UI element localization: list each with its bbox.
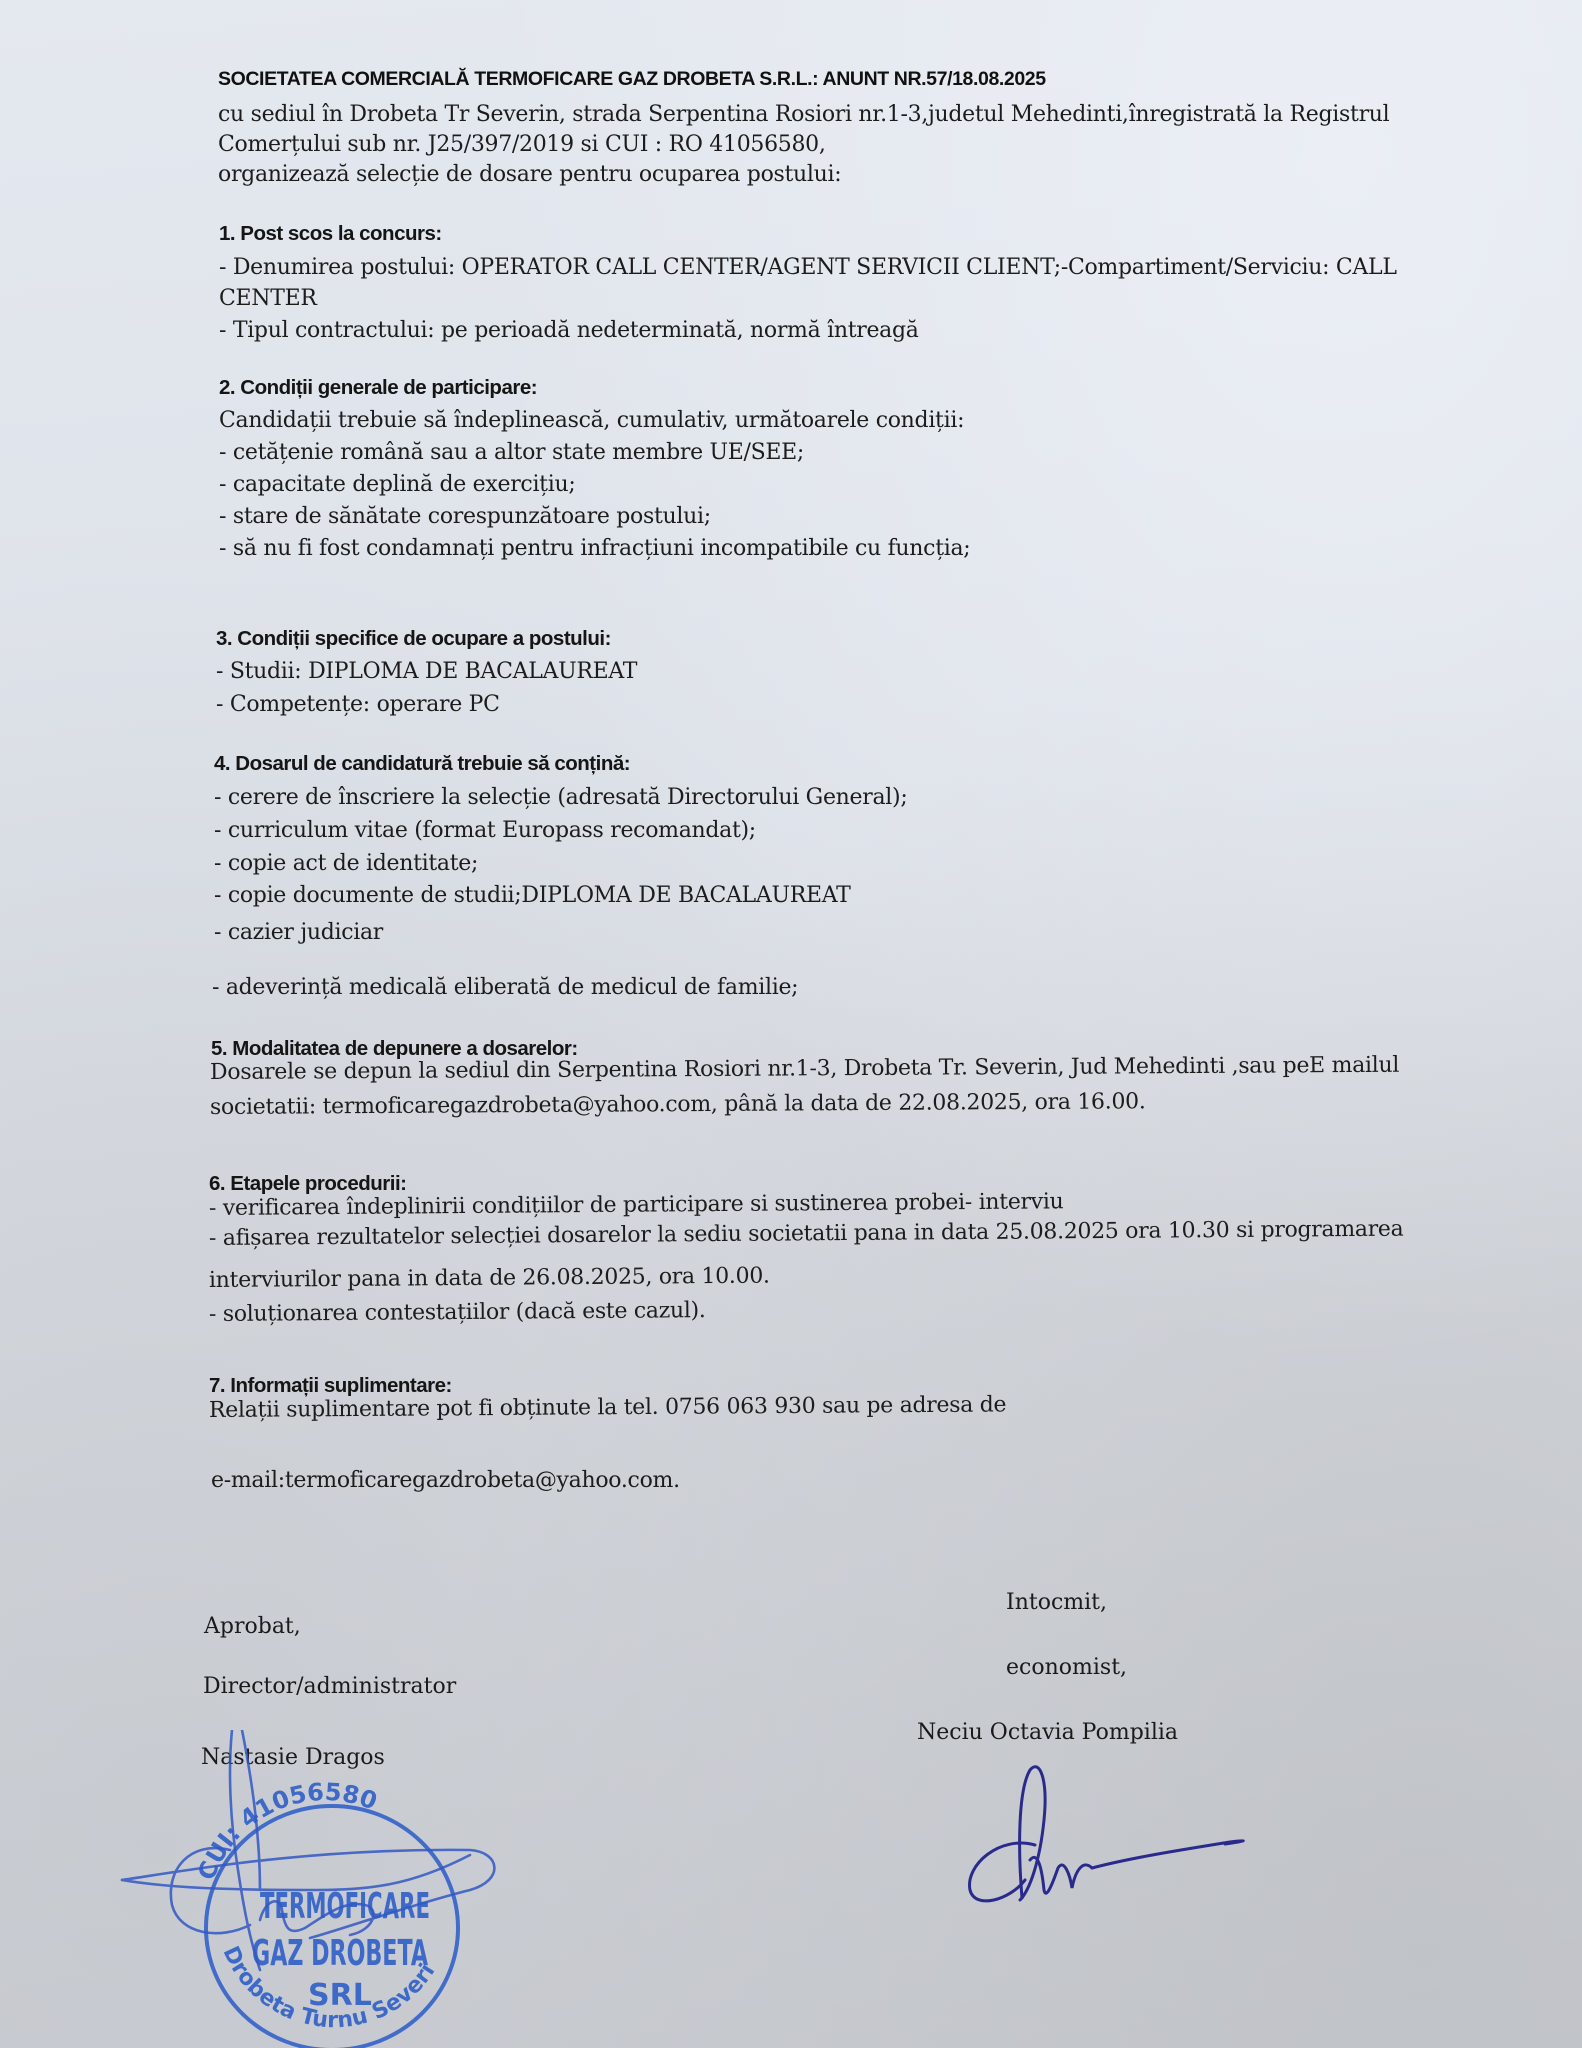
section-7-email: e-mail:termoficaregazdrobeta@yahoo.com.: [211, 1468, 680, 1493]
stamp-bottom-text: Drobeta Turnu Severin: [110, 1730, 440, 2033]
stamp-line-2: GAZ DROBETA: [252, 1933, 428, 1974]
section-6-line: - verificarea îndeplinirii condițiilor d…: [209, 1189, 1064, 1221]
section-4-line: - curriculum vitae (format Europass reco…: [214, 818, 756, 843]
document-page: SOCIETATEA COMERCIALĂ TERMOFICARE GAZ DR…: [0, 0, 1582, 2048]
header-address-line-1: cu sediul în Drobeta Tr Severin, strada …: [218, 102, 1389, 127]
section-4-line: - adeverință medicală eliberată de medic…: [212, 975, 798, 1000]
document-content: SOCIETATEA COMERCIALĂ TERMOFICARE GAZ DR…: [0, 0, 1582, 2048]
section-7-heading: 7. Informații suplimentare:: [209, 1374, 452, 1398]
section-4-line: - cerere de înscriere la selecție (adres…: [214, 785, 907, 810]
section-3-line: - Studii: DIPLOMA DE BACALAUREAT: [216, 659, 637, 684]
stamp-cui-text: CUI: 41056580: [192, 1778, 380, 1884]
section-3-heading: 3. Condiții specifice de ocupare a postu…: [216, 627, 611, 651]
preparer-signature: [960, 1750, 1260, 1910]
section-1-line: CENTER: [219, 286, 317, 311]
section-4-line: - cazier judiciar: [214, 920, 383, 945]
preparer-role: economist,: [1006, 1655, 1127, 1680]
section-2-line: - să nu fi fost condamnați pentru infrac…: [219, 536, 970, 561]
section-2-line: - cetățenie română sau a altor state mem…: [219, 440, 804, 465]
section-4-line: - copie act de identitate;: [214, 851, 478, 876]
section-5-line: societatii: termoficaregazdrobeta@yahoo.…: [210, 1089, 1146, 1120]
section-4-line: - copie documente de studii;DIPLOMA DE B…: [214, 883, 850, 908]
section-2-heading: 2. Condiții generale de participare:: [219, 376, 537, 400]
section-1-line: - Tipul contractului: pe perioadă nedete…: [219, 318, 919, 343]
section-2-line: - stare de sănătate corespunzătoare post…: [219, 504, 711, 529]
section-4-heading: 4. Dosarul de candidatură trebuie să con…: [214, 752, 630, 776]
section-6-line: interviurilor pana in data de 26.08.2025…: [209, 1264, 770, 1293]
section-6-line: - soluționarea contestațiilor (dacă este…: [209, 1298, 706, 1327]
section-3-line: - Competențe: operare PC: [216, 692, 500, 717]
section-7-line: Relații suplimentare pot fi obținute la …: [209, 1392, 1006, 1423]
document-title: SOCIETATEA COMERCIALĂ TERMOFICARE GAZ DR…: [218, 68, 1046, 91]
header-intro: organizează selecție de dosare pentru oc…: [218, 162, 841, 187]
section-6-heading: 6. Etapele procedurii:: [209, 1172, 406, 1196]
preparer-name: Neciu Octavia Pompilia: [917, 1720, 1178, 1745]
section-1-line: - Denumirea postului: OPERATOR CALL CENT…: [219, 255, 1397, 280]
section-1-heading: 1. Post scos la concurs:: [219, 222, 442, 246]
approved-label: Aprobat,: [204, 1614, 301, 1639]
company-stamp: CUI: 41056580 TERMOFICARE GAZ DROBETA SR…: [110, 1730, 510, 2048]
header-address-line-2: Comerțului sub nr. J25/397/2019 si CUI :…: [218, 132, 826, 157]
section-2-line: - capacitate deplină de exercițiu;: [219, 472, 575, 497]
approver-role: Director/administrator: [203, 1674, 456, 1699]
section-6-line: - afișarea rezultatelor selecției dosare…: [209, 1217, 1404, 1251]
section-2-line: Candidații trebuie să îndeplinească, cum…: [219, 408, 964, 433]
prepared-by-label: Intocmit,: [1006, 1590, 1107, 1615]
